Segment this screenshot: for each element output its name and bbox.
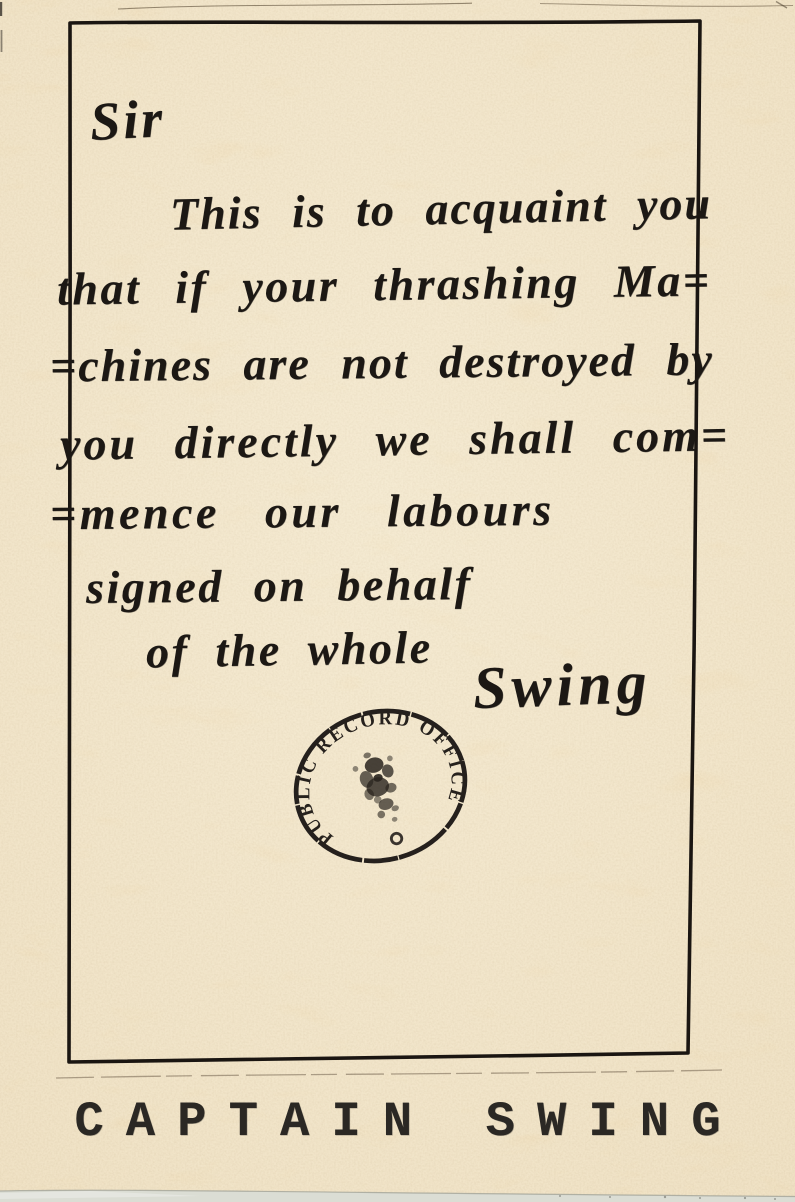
handwritten-line-5: you directly we shall com= xyxy=(60,412,731,467)
handwritten-line-8: of the whole xyxy=(146,625,433,676)
handwritten-line-4: =chines are not destroyed by xyxy=(50,337,714,390)
handwritten-line-7: signed on behalf xyxy=(86,561,473,611)
handwritten-line-salutation: Sir xyxy=(89,91,167,149)
under-frame-faint-line xyxy=(56,1070,722,1078)
handwritten-signature-swing: Swing xyxy=(472,652,652,718)
handwritten-line-6: =mence our labours xyxy=(50,487,555,537)
top-edge-line xyxy=(118,3,472,9)
illegible-crest-blot-icon xyxy=(349,746,411,829)
handwritten-line-3: that if your thrashing Ma= xyxy=(57,257,712,312)
top-right-tick xyxy=(776,2,787,9)
scanned-letter-page: Sir This is to acquaint you that if your… xyxy=(0,0,795,1202)
hand-drawn-border xyxy=(69,21,700,1062)
top-edge-line xyxy=(540,4,793,7)
stamp-bottom-ring-icon xyxy=(390,832,403,845)
book-title-caption: CAPTAIN SWING xyxy=(0,1094,795,1150)
handwritten-line-2: This is to acquaint you xyxy=(170,180,713,237)
